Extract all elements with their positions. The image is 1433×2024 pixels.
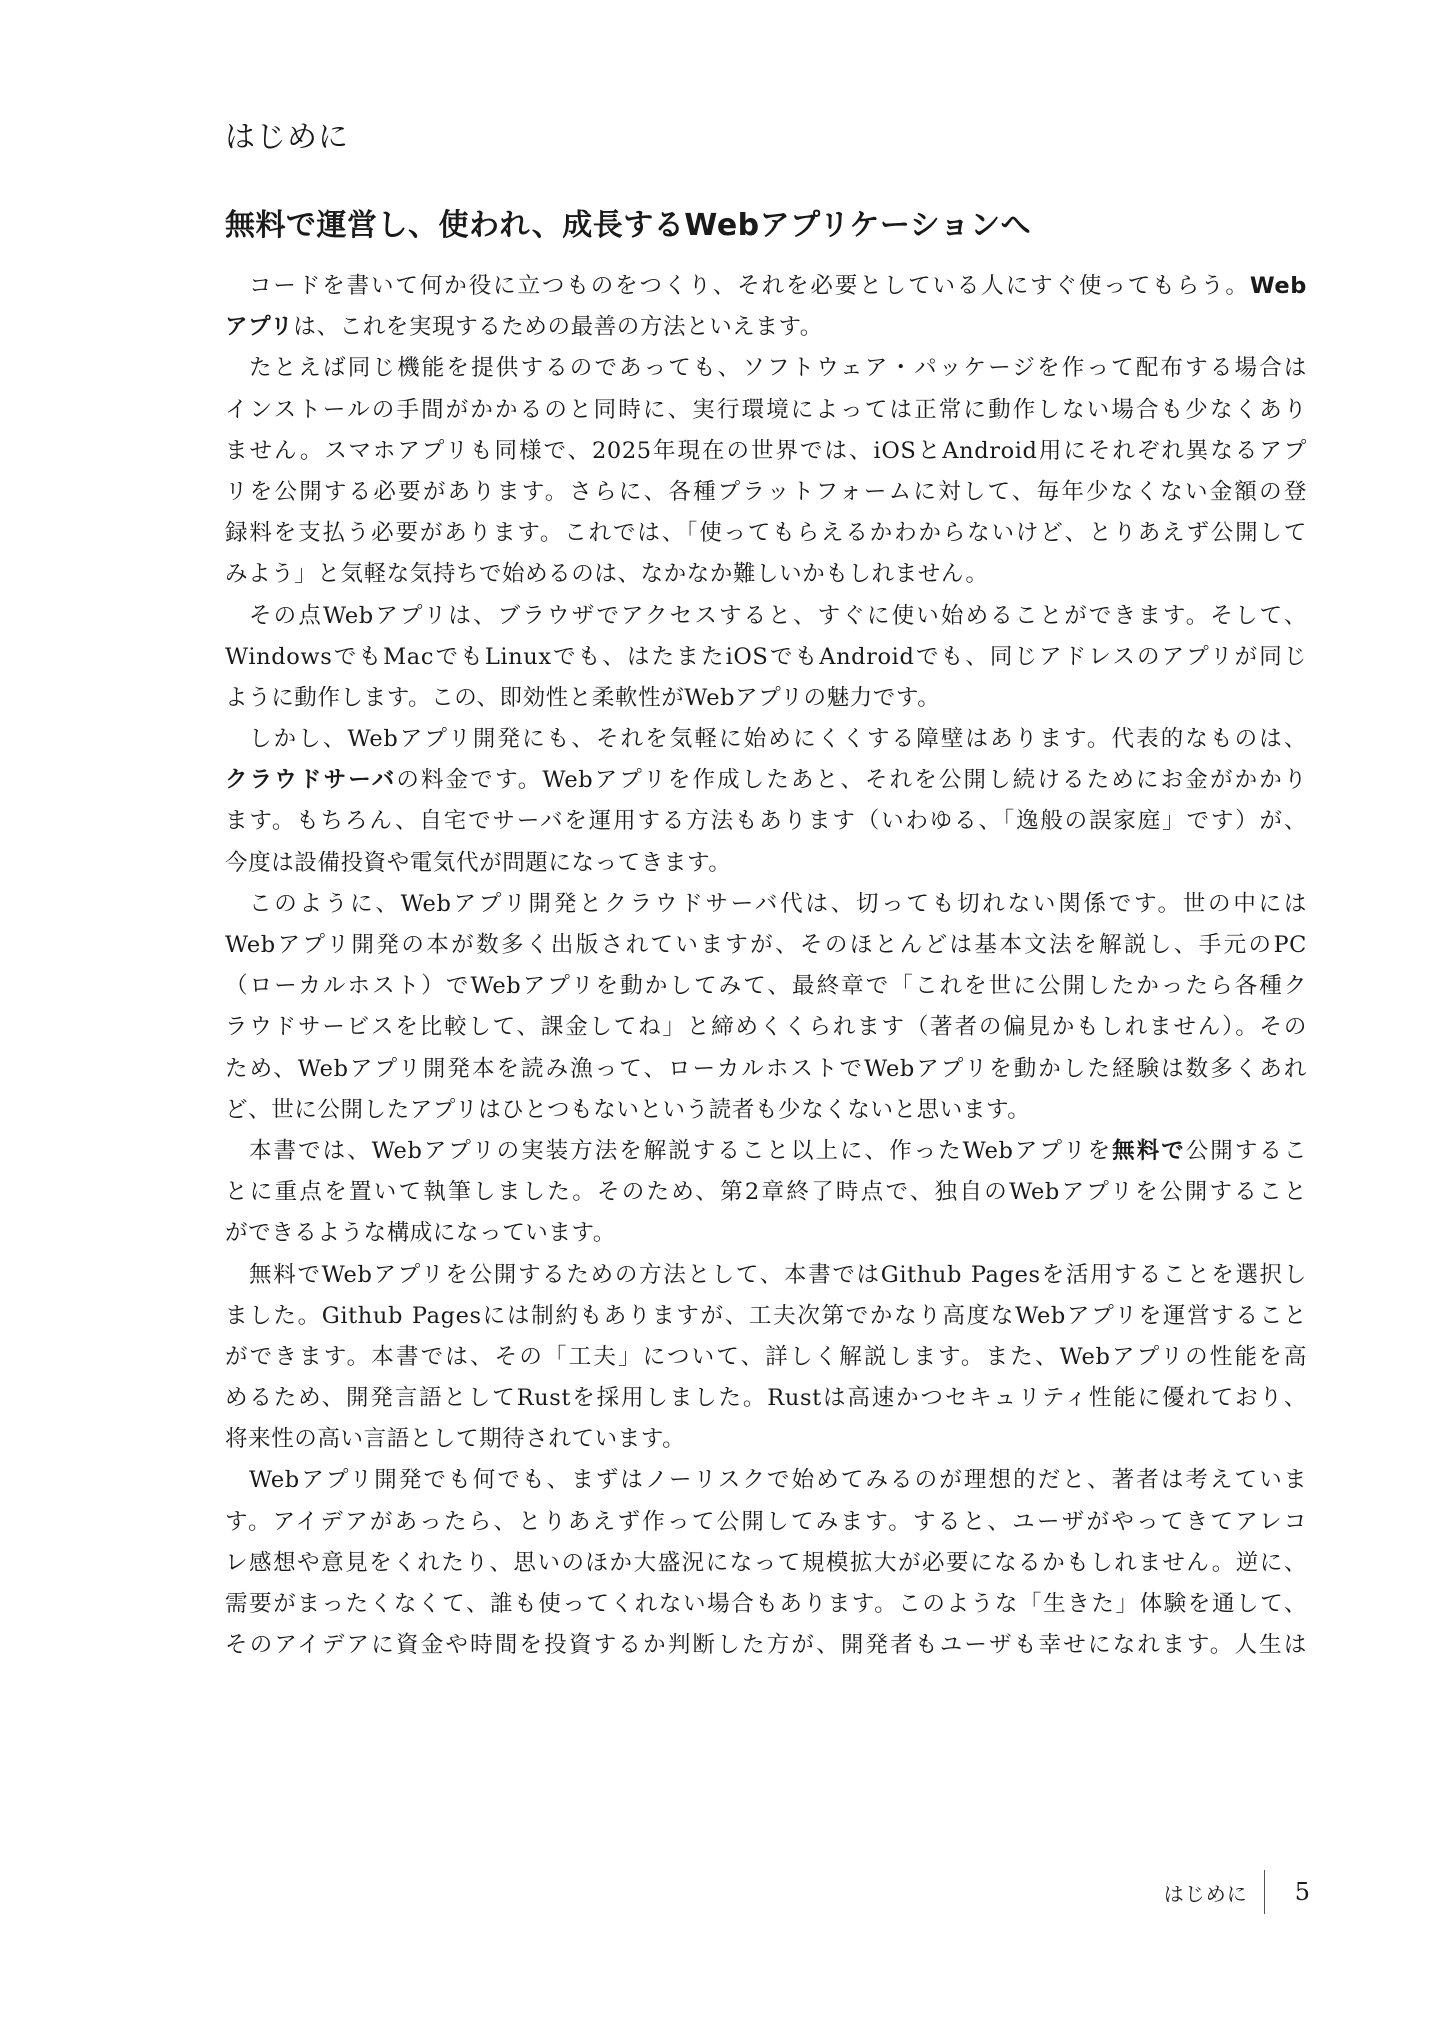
footer-divider — [1264, 1870, 1265, 1914]
text-run: WindowsでもMacでもLinuxでも、はたまたiOSでもAndroidでも… — [225, 644, 1307, 670]
text-line: このように、Webアプリ開発とクラウドサーバ代は、切っても切れない関係です。世の… — [225, 884, 1307, 925]
text-line: たとえば同じ機能を提供するのであっても、ソフトウェア・パッケージを作って配布する… — [225, 348, 1307, 389]
text-line: 無料でWebアプリを公開するための方法として、本書ではGithub Pagesを… — [225, 1255, 1307, 1296]
text-line: 将来性の高い言語として期待されています。 — [225, 1419, 1307, 1460]
bold-text: 無料で — [1112, 1138, 1186, 1164]
bold-text: クラウドサーバ — [225, 767, 396, 793]
text-line: WindowsでもMacでもLinuxでも、はたまたiOSでもAndroidでも… — [225, 637, 1307, 678]
section-heading: 無料で運営し、使われ、成長するWebアプリケーションへ — [225, 200, 1031, 244]
text-run: ます。もちろん、自宅でサーバを運用する方法もあります（いわゆる、「逸般の誤家庭」… — [225, 808, 1307, 834]
text-run: みよう」と気軽な気持ちで始めるのは、なかなか難しいかもしれません。 — [225, 561, 988, 587]
text-line: ように動作します。この、即効性と柔軟性がWebアプリの魅力です。 — [225, 678, 1307, 719]
text-line: 今度は設備投資や電気代が問題になってきます。 — [225, 843, 1307, 884]
text-line: ができます。本書では、その「工夫」について、詳しく解説します。また、Webアプリ… — [225, 1337, 1307, 1378]
text-line: とに重点を置いて執筆しました。そのため、第2章終了時点で、独自のWebアプリを公… — [225, 1172, 1307, 1213]
text-line: そのアイデアに資金や時間を投資するか判断した方が、開発者もユーザも幸せになれます… — [225, 1625, 1307, 1666]
text-run: リを公開する必要があります。さらに、各種プラットフォームに対して、毎年少なくない… — [225, 479, 1307, 505]
text-run: コードを書いて何か役に立つものをつくり、それを必要としている人にすぐ使ってもらう… — [249, 273, 1250, 299]
text-run: 需要がまったくなくて、誰も使ってくれない場合もあります。このような「生きた」体験… — [225, 1591, 1307, 1617]
text-line: クラウドサーバの料金です。Webアプリを作成したあと、それを公開し続けるためにお… — [225, 760, 1307, 801]
text-line: 本書では、Webアプリの実装方法を解説すること以上に、作ったWebアプリを無料で… — [225, 1131, 1307, 1172]
running-head: はじめに — [1164, 1878, 1248, 1907]
text-line: （ローカルホスト）でWebアプリを動かしてみて、最終章で「これを世に公開したかっ… — [225, 966, 1307, 1007]
text-run: ラウドサービスを比較して、課金してね」と締めくくられます（著者の偏見かもしれませ… — [225, 1014, 1307, 1040]
text-run: ため、Webアプリ開発本を読み漁って、ローカルホストでWebアプリを動かした経験… — [225, 1056, 1307, 1082]
text-run: 無料でWebアプリを公開するための方法として、本書ではGithub Pagesを… — [249, 1262, 1307, 1288]
text-run: その点Webアプリは、ブラウザでアクセスすると、すぐに使い始めることができます。… — [249, 603, 1307, 629]
text-line: ができるような構成になっています。 — [225, 1213, 1307, 1254]
text-run: は、これを実現するための最善の方法といえます。 — [293, 314, 823, 340]
text-run: （ローカルホスト）でWebアプリを動かしてみて、最終章で「これを世に公開したかっ… — [225, 973, 1307, 999]
text-run: ができるような構成になっています。 — [225, 1220, 616, 1246]
text-run: 将来性の高い言語として期待されています。 — [225, 1426, 685, 1452]
text-line: コードを書いて何か役に立つものをつくり、それを必要としている人にすぐ使ってもらう… — [225, 266, 1307, 307]
text-line: ません。スマホアプリも同様で、2025年現在の世界では、iOSとAndroid用… — [225, 431, 1307, 472]
text-run: 録料を支払う必要があります。これでは、「使ってもらえるかわからないけど、とりあえ… — [225, 520, 1307, 546]
text-run: しかし、Webアプリ開発にも、それを気軽に始めにくくする障壁はあります。代表的な… — [249, 726, 1307, 752]
text-run: このように、Webアプリ開発とクラウドサーバ代は、切っても切れない関係です。世の… — [249, 891, 1307, 917]
text-run: Webアプリ開発の本が数多く出版されていますが、そのほとんどは基本文法を解説し、… — [225, 932, 1307, 958]
text-run: Webアプリ開発でも何でも、まずはノーリスクで始めてみるのが理想的だと、著者は考… — [249, 1467, 1307, 1493]
text-line: めるため、開発言語としてRustを採用しました。Rustは高速かつセキュリティ性… — [225, 1378, 1307, 1419]
text-line: みよう」と気軽な気持ちで始めるのは、なかなか難しいかもしれません。 — [225, 554, 1307, 595]
chapter-title: はじめに — [225, 112, 349, 156]
text-run: ません。スマホアプリも同様で、2025年現在の世界では、iOSとAndroid用… — [225, 438, 1307, 464]
text-line: Webアプリ開発でも何でも、まずはノーリスクで始めてみるのが理想的だと、著者は考… — [225, 1460, 1307, 1501]
bold-text: Web — [1250, 273, 1307, 299]
text-line: ます。もちろん、自宅でサーバを運用する方法もあります（いわゆる、「逸般の誤家庭」… — [225, 801, 1307, 842]
text-run: とに重点を置いて執筆しました。そのため、第2章終了時点で、独自のWebアプリを公… — [225, 1179, 1307, 1205]
text-run: 公開するこ — [1186, 1138, 1307, 1164]
text-line: す。アイデアがあったら、とりあえず作って公開してみます。すると、ユーザがやってき… — [225, 1502, 1307, 1543]
text-run: ように動作します。この、即効性と柔軟性がWebアプリの魅力です。 — [225, 685, 940, 711]
text-run: す。アイデアがあったら、とりあえず作って公開してみます。すると、ユーザがやってき… — [225, 1509, 1307, 1535]
book-page: はじめに 無料で運営し、使われ、成長するWebアプリケーションへ コードを書いて… — [0, 0, 1433, 2024]
page-number: 5 — [1295, 1878, 1310, 1906]
text-line: レ感想や意見をくれたり、思いのほか大盛況になって規模拡大が必要になるかもしれませ… — [225, 1543, 1307, 1584]
text-run: たとえば同じ機能を提供するのであっても、ソフトウェア・パッケージを作って配布する… — [249, 355, 1307, 381]
text-line: Webアプリ開発の本が数多く出版されていますが、そのほとんどは基本文法を解説し、… — [225, 925, 1307, 966]
text-run: めるため、開発言語としてRustを採用しました。Rustは高速かつセキュリティ性… — [225, 1385, 1307, 1411]
text-line: 需要がまったくなくて、誰も使ってくれない場合もあります。このような「生きた」体験… — [225, 1584, 1307, 1625]
bold-text: アプリ — [225, 314, 293, 340]
body-text: コードを書いて何か役に立つものをつくり、それを必要としている人にすぐ使ってもらう… — [225, 266, 1307, 1666]
text-line: 録料を支払う必要があります。これでは、「使ってもらえるかわからないけど、とりあえ… — [225, 513, 1307, 554]
text-run: そのアイデアに資金や時間を投資するか判断した方が、開発者もユーザも幸せになれます… — [225, 1632, 1307, 1658]
text-line: ラウドサービスを比較して、課金してね」と締めくくられます（著者の偏見かもしれませ… — [225, 1007, 1307, 1048]
text-line: ました。Github Pagesには制約もありますが、工夫次第でかなり高度なWe… — [225, 1296, 1307, 1337]
text-run: 今度は設備投資や電気代が問題になってきます。 — [225, 850, 731, 876]
text-run: ど、世に公開したアプリはひとつもないという読者も少なくないと思います。 — [225, 1097, 1030, 1123]
text-run: レ感想や意見をくれたり、思いのほか大盛況になって規模拡大が必要になるかもしれませ… — [225, 1550, 1307, 1576]
text-line: リを公開する必要があります。さらに、各種プラットフォームに対して、毎年少なくない… — [225, 472, 1307, 513]
text-line: ため、Webアプリ開発本を読み漁って、ローカルホストでWebアプリを動かした経験… — [225, 1049, 1307, 1090]
text-line: その点Webアプリは、ブラウザでアクセスすると、すぐに使い始めることができます。… — [225, 596, 1307, 637]
text-run: インストールの手間がかかるのと同時に、実行環境によっては正常に動作しない場合も少… — [225, 397, 1307, 423]
text-line: ど、世に公開したアプリはひとつもないという読者も少なくないと思います。 — [225, 1090, 1307, 1131]
text-run: の料金です。Webアプリを作成したあと、それを公開し続けるためにお金がかかり — [396, 767, 1307, 793]
page-footer: はじめに 5 — [1150, 1868, 1310, 1916]
text-run: ができます。本書では、その「工夫」について、詳しく解説します。また、Webアプリ… — [225, 1344, 1307, 1370]
text-line: アプリは、これを実現するための最善の方法といえます。 — [225, 307, 1307, 348]
text-run: ました。Github Pagesには制約もありますが、工夫次第でかなり高度なWe… — [225, 1303, 1307, 1329]
text-line: しかし、Webアプリ開発にも、それを気軽に始めにくくする障壁はあります。代表的な… — [225, 719, 1307, 760]
text-line: インストールの手間がかかるのと同時に、実行環境によっては正常に動作しない場合も少… — [225, 390, 1307, 431]
text-run: 本書では、Webアプリの実装方法を解説すること以上に、作ったWebアプリを — [249, 1138, 1112, 1164]
